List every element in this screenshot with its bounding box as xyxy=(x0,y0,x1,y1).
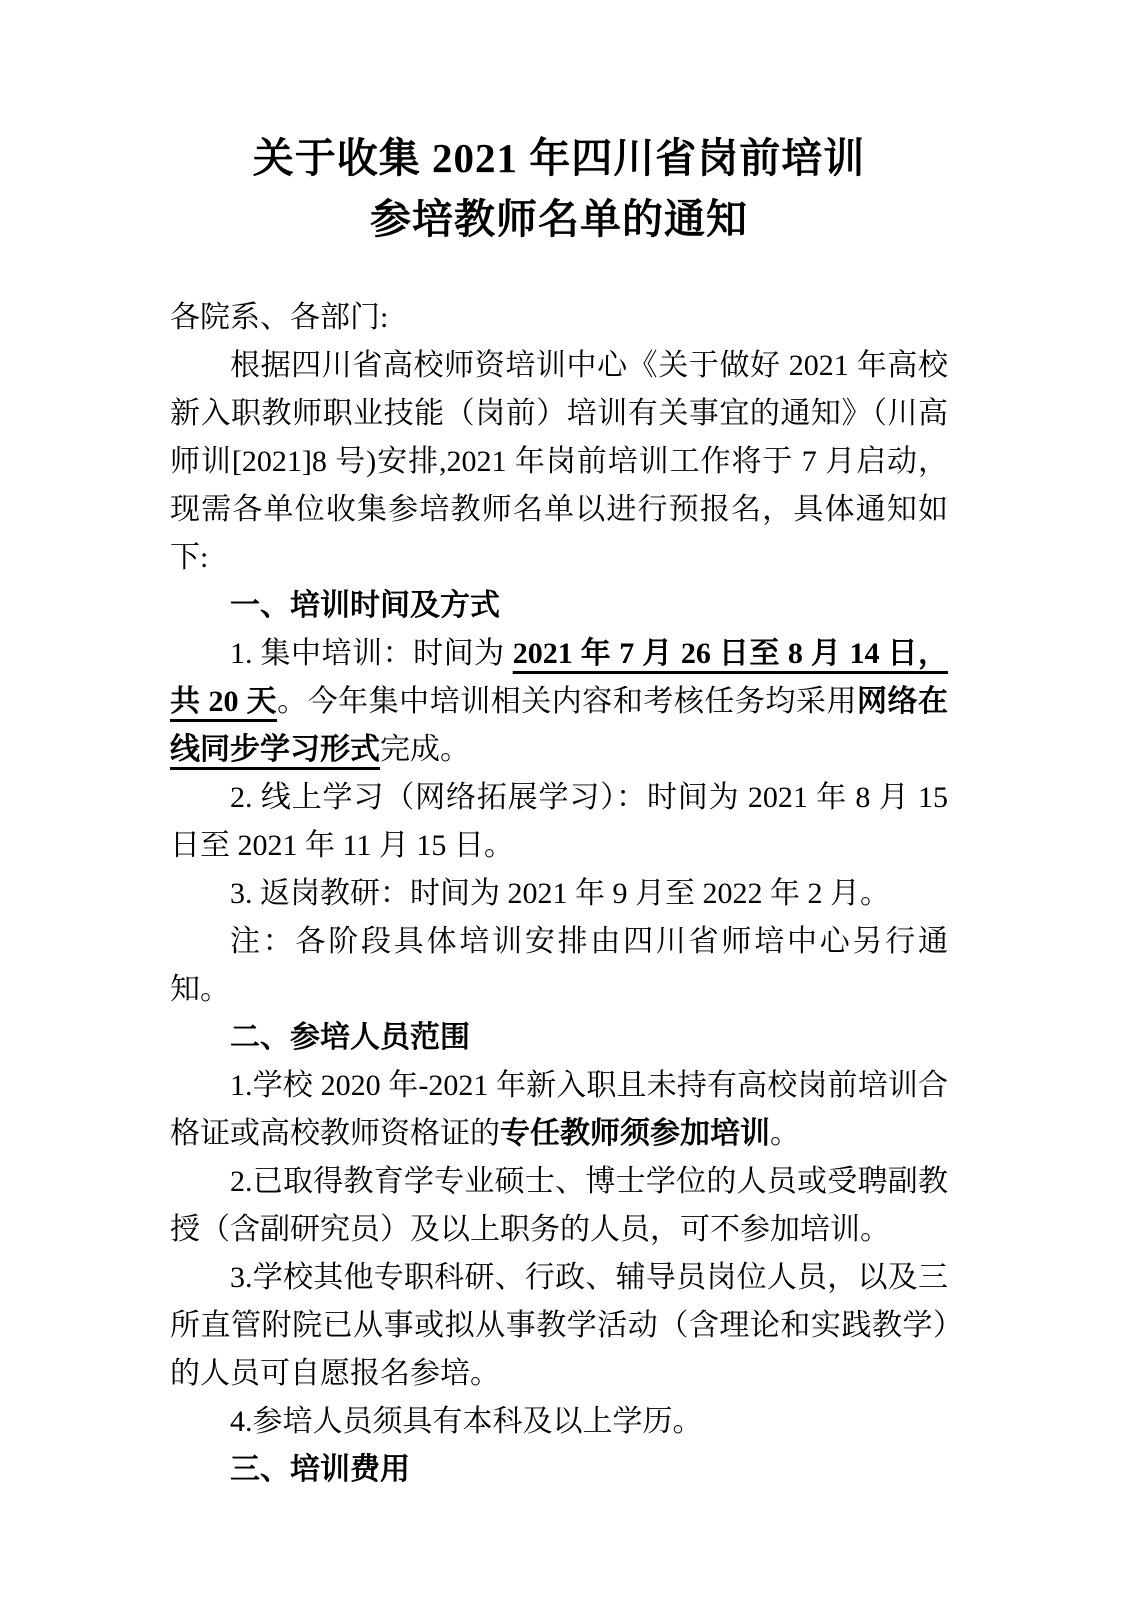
section-1-note: 注：各阶段具体培训安排由四川省师培中心另行通知。 xyxy=(170,918,948,1014)
intro-paragraph: 根据四川省高校师资培训中心《关于做好 2021 年高校新入职教师职业技能（岗前）… xyxy=(170,342,948,582)
s2-i1-teachers-emphasis: 专任教师须参加培训 xyxy=(500,1117,770,1150)
s1-i1-online-emphasis: 网络在 xyxy=(857,685,948,718)
salutation: 各院系、各部门: xyxy=(170,294,948,342)
document-page: 关于收集 2021 年四川省岗前培训 参培教师名单的通知 各院系、各部门: 根据… xyxy=(0,0,1131,1600)
section-2-item-3: 3.学校其他专职科研、行政、辅导员岗位人员，以及三所直管附院已从事或拟从事教学活… xyxy=(170,1254,948,1398)
section-2-item-4: 4.参培人员须具有本科及以上学历。 xyxy=(170,1398,948,1446)
section-1-heading: 一、培训时间及方式 xyxy=(170,582,948,630)
s1-i1-text: 。今年集中培训相关内容和考核任务均采用 xyxy=(277,685,857,718)
s1-i1-text: 完成。 xyxy=(380,733,470,766)
section-1-item-3: 3. 返岗教研：时间为 2021 年 9 月至 2022 年 2 月。 xyxy=(170,870,948,918)
section-2-item-1: 1.学校 2020 年-2021 年新入职且未持有高校岗前培训合格证或高校教师资… xyxy=(170,1062,948,1158)
section-1-item-2: 2. 线上学习（网络拓展学习）：时间为 2021 年 8 月 15 日至 202… xyxy=(170,774,948,870)
document-title: 关于收集 2021 年四川省岗前培训 参培教师名单的通知 xyxy=(170,128,948,250)
section-3-heading: 三、培训费用 xyxy=(170,1446,948,1494)
s2-i1-text: 。 xyxy=(770,1117,800,1150)
section-2-heading: 二、参培人员范围 xyxy=(170,1014,948,1062)
s1-i1-online-emphasis-underlined: 线同步学习形式 xyxy=(170,733,380,766)
title-line-1: 关于收集 2021 年四川省岗前培训 xyxy=(253,135,866,181)
title-line-2: 参培教师名单的通知 xyxy=(370,196,748,242)
s1-i1-text: 1. 集中培训：时间为 xyxy=(230,637,513,670)
section-2-item-2: 2.已取得教育学专业硕士、博士学位的人员或受聘副教授（含副研究员）及以上职务的人… xyxy=(170,1158,948,1254)
document-body: 各院系、各部门: 根据四川省高校师资培训中心《关于做好 2021 年高校新入职教… xyxy=(170,294,948,1494)
section-1-item-1: 1. 集中培训：时间为 2021 年 7 月 26 日至 8 月 14 日，共 … xyxy=(170,630,948,774)
